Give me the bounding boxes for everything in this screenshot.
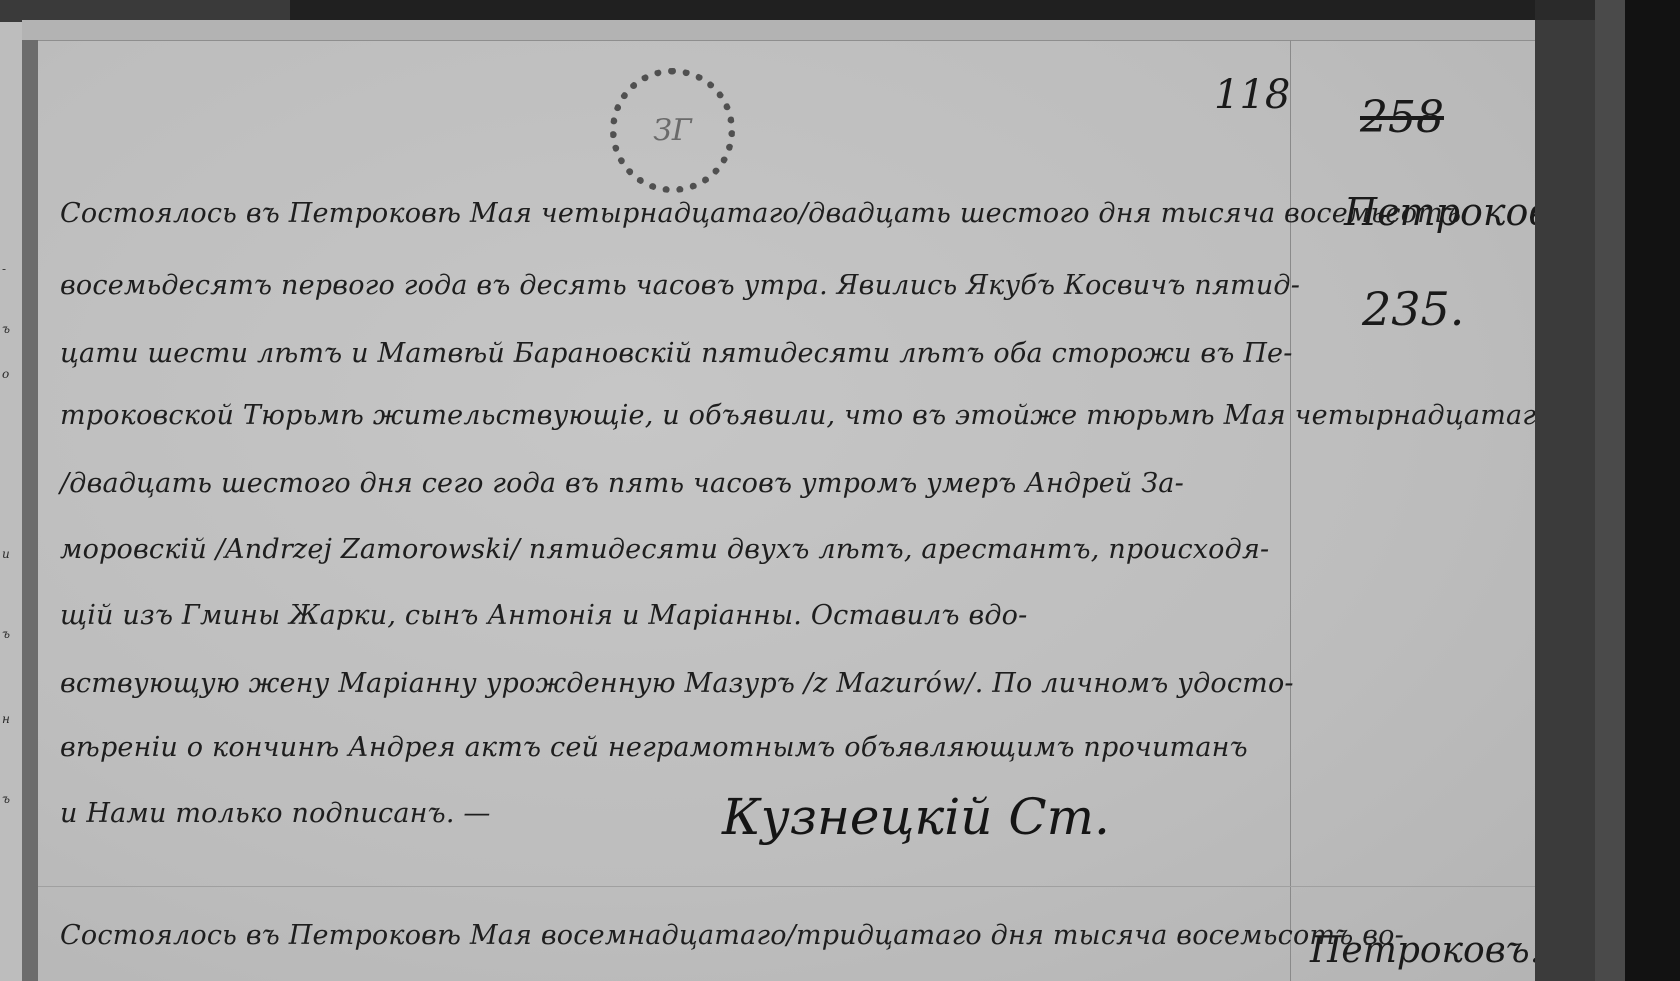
record-line-5: /двадцать шестого дня сего года въ пять …	[60, 468, 1184, 499]
margin-column-rule	[1290, 40, 1291, 981]
facing-page-fragment: ъ	[2, 627, 10, 641]
page-top-edge	[22, 20, 1535, 41]
facing-page-fragment: ъ	[2, 322, 10, 336]
scanner-background-top	[0, 0, 1680, 22]
record-line-4: троковской Тюрьмѣ жительствующіе, и объя…	[60, 400, 1553, 431]
record-separator-rule	[38, 886, 1535, 887]
book-binding	[1535, 0, 1680, 981]
facing-page-fragment: и	[2, 547, 10, 561]
scanner-background-shade	[0, 0, 290, 22]
record-line-7: щій изъ Гмины Жарки, сынъ Антонія и Марі…	[60, 600, 1027, 631]
seal-monogram: ЗГ	[653, 113, 692, 148]
seal-stamp-icon: ЗГ	[610, 68, 735, 193]
facing-page-fragment: н	[2, 712, 10, 726]
facing-page-edge: - ъ о и ъ н ъ	[0, 22, 22, 981]
binding-cloth	[1535, 20, 1595, 981]
record-line-2: восемьдесятъ первого года въ десять часо…	[60, 270, 1300, 301]
record-line-6: моровскій /Andrzej Zamorowski/ пятидесят…	[60, 534, 1269, 565]
margin-act-number: 235.	[1362, 282, 1464, 336]
next-record-line-1: Состоялось въ Петроковѣ Мая восемнадцата…	[60, 920, 1404, 951]
binding-edge	[1595, 0, 1625, 981]
facing-page-fragment: ъ	[2, 792, 10, 806]
record-line-1: Состоялось въ Петроковѣ Мая четырнадцата…	[60, 198, 1461, 229]
record-line-9: вѣреніи о кончинѣ Андрея актъ сей неграм…	[60, 732, 1248, 763]
record-number: 258	[1360, 92, 1444, 143]
register-page: ЗГ 118 258 Петроковъ. 235. Петроковъ. Со…	[22, 20, 1535, 981]
record-line-10: и Нами только подписанъ. —	[60, 798, 491, 829]
scanner-background-right	[1625, 0, 1680, 981]
record-line-8: вствующую жену Маріанну урожденную Мазур…	[60, 668, 1294, 699]
record-line-3: цати шести лѣтъ и Матвѣй Барановскій пят…	[60, 338, 1293, 369]
facing-page-fragment: о	[2, 367, 9, 381]
official-signature: Кузнецкій Ст.	[722, 788, 1110, 846]
page-number: 118	[1214, 72, 1290, 118]
binding-gutter	[22, 40, 38, 981]
facing-page-fragment: -	[2, 262, 6, 276]
